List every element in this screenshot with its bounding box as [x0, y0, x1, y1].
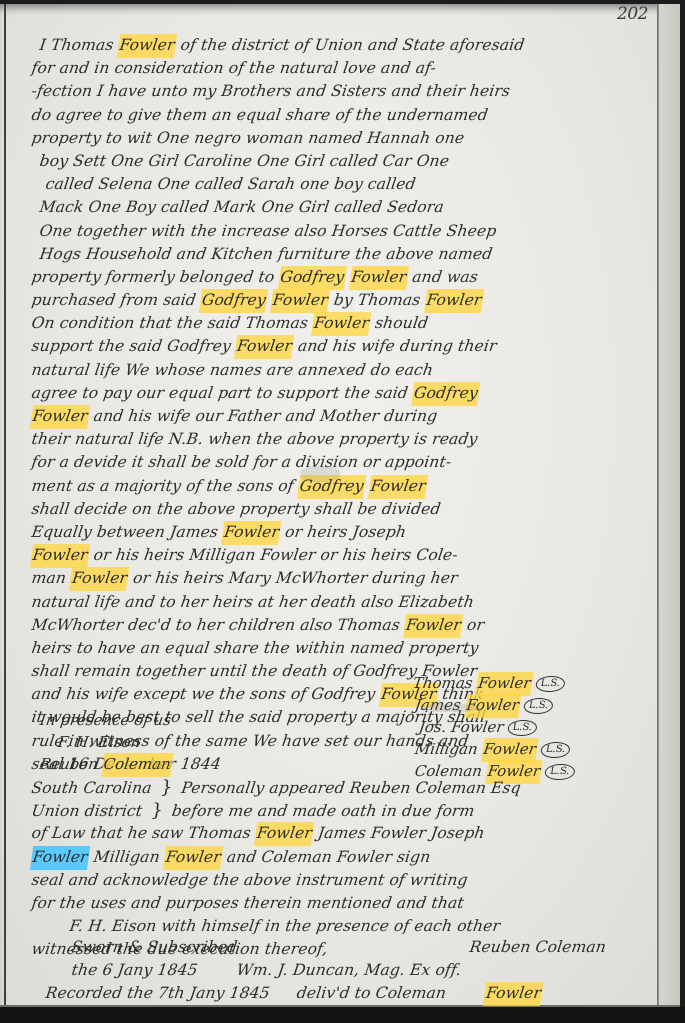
handwritten-text: I Thomas	[38, 36, 119, 54]
highlighted-surname[interactable]: Fowler	[403, 614, 463, 638]
page-number: 202	[617, 4, 648, 24]
sworn-date: the 6 Jany 1845	[70, 961, 198, 979]
handwritten-text: F. H. Eison	[57, 733, 142, 751]
handwritten-text: Reuben	[39, 755, 104, 773]
affidavit-text-line: of Law that he saw Thomas Fowler James F…	[30, 822, 663, 845]
seal-mark-icon: L.S.	[523, 698, 555, 714]
handwritten-text: F. H. Eison with himself in the presence…	[68, 917, 501, 935]
scanner-bed-shadow	[0, 1007, 685, 1023]
deed-text-line: their natural life N.B. when the above p…	[30, 428, 663, 451]
affidavit-text-line: Fowler Milligan Fowler and Coleman Fowle…	[30, 846, 663, 869]
deed-text-line: heirs to have an equal share the within …	[30, 637, 663, 660]
deed-text-line: Fowler and his wife our Father and Mothe…	[30, 405, 663, 428]
deed-text-line: shall decide on the above property shall…	[30, 498, 663, 521]
handwritten-text: man	[30, 569, 72, 587]
handwritten-text: or heirs Joseph	[279, 523, 407, 541]
handwritten-text: purchased from said	[30, 291, 202, 309]
highlighted-surname[interactable]: Fowler	[69, 567, 129, 591]
ink-bleed-mark	[300, 466, 340, 482]
signatories-block: Thomas FowlerL.S.James FowlerL.S.Jos. Fo…	[385, 672, 655, 782]
witness-block: In presence of us F. H. EisonReuben Cole…	[40, 709, 280, 775]
handwritten-text: On condition that the said Thomas	[30, 314, 314, 332]
affidavit-text-line: Union district } before me and made oath…	[30, 799, 663, 822]
handwritten-text: or	[461, 616, 486, 634]
sworn-date-line: the 6 Jany 1845 Wm. J. Duncan, Mag. Ex o…	[30, 959, 663, 982]
deed-text-line: support the said Godfrey Fowler and his …	[30, 335, 663, 358]
deed-text-line: for and in consideration of the natural …	[30, 57, 663, 80]
handwritten-text: Hogs Household and Kitchen furniture the…	[38, 245, 493, 263]
handwritten-text: by Thomas	[328, 291, 427, 309]
handwritten-text: and Coleman Fowler sign	[221, 848, 432, 866]
handwritten-text: seal and acknowledge the above instrumen…	[30, 871, 469, 889]
handwritten-text: should	[369, 314, 430, 332]
highlighted-surname[interactable]: Fowler	[368, 475, 428, 499]
handwritten-text: Milligan	[87, 848, 166, 866]
highlighted-surname[interactable]: Fowler	[30, 405, 90, 429]
handwritten-text: agree to pay our equal part to support t…	[30, 384, 414, 402]
signatory-first-name: Jos.	[418, 718, 448, 736]
handwritten-text: before me and made oath in due form	[166, 802, 476, 820]
sworn-line: Sworn & Subscribed Reuben Coleman	[30, 936, 663, 959]
highlighted-surname[interactable]: Fowler	[481, 738, 539, 762]
highlighted-surname[interactable]: Fowler	[234, 335, 294, 359]
deed-text-line: Equally between James Fowler or heirs Jo…	[30, 521, 663, 544]
handwritten-text: natural life We whose names are annexed …	[30, 361, 434, 379]
handwritten-text: and was	[406, 268, 479, 286]
deed-text-line: ment as a majority of the sons of Godfre…	[30, 475, 663, 498]
handwritten-text: -fection I have unto my Brothers and Sis…	[30, 82, 511, 100]
deed-text-line: boy Sett One Girl Caroline One Girl call…	[30, 150, 663, 173]
handwritten-text: their natural life N.B. when the above p…	[30, 430, 478, 448]
witness-heading: In presence of us	[38, 709, 281, 731]
affidavit-text-line: F. H. Eison with himself in the presence…	[30, 915, 663, 938]
highlighted-surname[interactable]: Fowler	[476, 672, 534, 696]
handwritten-text: or his heirs Mary McWhorter during her	[127, 569, 459, 587]
delivered-text: deliv'd to Coleman	[296, 984, 448, 1002]
deed-text-line: I Thomas Fowler of the district of Union…	[30, 34, 663, 57]
brace-mark: }	[150, 800, 165, 821]
handwritten-text: ment as a majority of the sons of	[30, 477, 300, 495]
highlighted-surname[interactable]: Fowler	[30, 544, 90, 568]
handwritten-text: James Fowler Joseph	[312, 824, 486, 842]
handwritten-text: or his heirs Milligan Fowler or his heir…	[87, 546, 459, 564]
signatory-surname: Fowler	[450, 718, 505, 736]
handwritten-text: property to wit One negro woman named Ha…	[30, 129, 465, 147]
deed-text-line: property to wit One negro woman named Ha…	[30, 127, 663, 150]
highlighted-surname[interactable]: Fowler	[117, 34, 177, 58]
handwritten-text: do agree to give them an equal share of …	[30, 106, 489, 124]
handwritten-text: Personally appeared Reuben Coleman Esq	[175, 779, 522, 797]
deed-page: 202 I Thomas Fowler of the district of U…	[0, 4, 680, 1007]
witness-name: F. H. Eison	[38, 731, 281, 753]
deed-body-text: I Thomas Fowler of the district of Union…	[30, 34, 660, 776]
signatory-line: Thomas FowlerL.S.	[383, 672, 656, 694]
seal-mark-icon: L.S.	[540, 742, 572, 758]
deed-text-line: natural life and to her heirs at her dea…	[30, 591, 663, 614]
deed-text-line: Hogs Household and Kitchen furniture the…	[30, 243, 663, 266]
deed-text-line: do agree to give them an equal share of …	[30, 104, 663, 127]
ink-bleed-mark	[420, 704, 480, 712]
deed-text-line: for a devide it shall be sold for a divi…	[30, 451, 663, 474]
deed-text-line: One together with the increase also Hors…	[30, 220, 663, 243]
seal-mark-icon: L.S.	[534, 676, 566, 692]
brace-mark: }	[159, 777, 174, 798]
highlighted-surname[interactable]: Fowler	[221, 521, 281, 545]
handwritten-text: heirs to have an equal share the within …	[30, 639, 479, 657]
handwritten-text: of the district of Union and State afore…	[174, 36, 525, 54]
deed-text-line: McWhorter dec'd to her children also Tho…	[30, 614, 663, 637]
recorded-line: Recorded the 7th Jany 1845 deliv'd to Co…	[30, 982, 663, 1005]
witness-name: Reuben Coleman	[38, 753, 281, 775]
deed-text-line: agree to pay our equal part to support t…	[30, 382, 663, 405]
highlighted-surname[interactable]: Godfrey	[278, 266, 347, 290]
affidavit-text-line: for the uses and purposes therein mentio…	[30, 892, 663, 915]
deed-text-line: Fowler or his heirs Milligan Fowler or h…	[30, 544, 663, 567]
signatory-line: Milligan FowlerL.S.	[383, 738, 656, 760]
selected-highlight-surname[interactable]: Fowler	[30, 846, 90, 870]
recorded-label: Recorded the 7th Jany 1845	[44, 984, 271, 1002]
handwritten-text: of Law that he saw Thomas	[30, 824, 257, 842]
deed-text-line: man Fowler or his heirs Mary McWhorter d…	[30, 567, 663, 590]
deed-text-line: Mack One Boy called Mark One Girl called…	[30, 196, 663, 219]
highlighted-surname[interactable]: Fowler	[424, 289, 484, 313]
deed-text-line: purchased from said Godfrey Fowler by Th…	[30, 289, 663, 312]
sworn-label: Sworn & Subscribed	[70, 938, 238, 956]
handwritten-text: natural life and to her heirs at her dea…	[30, 593, 475, 611]
seal-mark-icon: L.S.	[506, 720, 538, 736]
deed-text-line: On condition that the said Thomas Fowler…	[30, 312, 663, 335]
deed-text-line: -fection I have unto my Brothers and Sis…	[30, 80, 663, 103]
handwritten-text: Mack One Boy called Mark One Girl called…	[38, 198, 445, 216]
highlighted-surname[interactable]: Fowler	[270, 289, 330, 313]
handwritten-text: boy Sett One Girl Caroline One Girl call…	[38, 152, 450, 170]
handwritten-text: for the uses and purposes therein mentio…	[30, 894, 465, 912]
signatory-line: Jos. FowlerL.S.	[383, 716, 656, 738]
handwritten-text: Union district	[30, 802, 148, 820]
closing-block: Sworn & Subscribed Reuben Coleman the 6 …	[30, 936, 660, 1006]
handwritten-text: for a devide it shall be sold for a divi…	[30, 453, 452, 471]
highlighted-surname[interactable]: Fowler	[254, 822, 314, 846]
handwritten-text: McWhorter dec'd to her children also Tho…	[30, 616, 406, 634]
highlighted-surname[interactable]: Godfrey	[199, 289, 268, 313]
highlighted-surname[interactable]: Fowler	[163, 846, 223, 870]
binding-margin-line	[4, 4, 6, 1005]
highlighted-surname[interactable]: Coleman	[101, 753, 173, 777]
affidavit-text-line: South Carolina } Personally appeared Reu…	[30, 776, 663, 799]
handwritten-text: property formerly belonged to	[30, 268, 280, 286]
signatory-first-name: Thomas	[412, 674, 474, 692]
handwritten-text: shall decide on the above property shall…	[30, 500, 441, 518]
handwritten-text: and his wife our Father and Mother durin…	[87, 407, 438, 425]
handwritten-text: support the said Godfrey	[30, 337, 237, 355]
scanned-document-viewer: 202 I Thomas Fowler of the district of U…	[0, 0, 685, 1023]
handwritten-text: called Selena One called Sarah one boy c…	[44, 175, 417, 193]
highlighted-surname[interactable]: Fowler	[311, 312, 371, 336]
signatory-first-name: Milligan	[414, 740, 479, 758]
affidavit-text: South Carolina } Personally appeared Reu…	[30, 776, 660, 962]
deed-text-line: called Selena One called Sarah one boy c…	[30, 173, 663, 196]
handwritten-text: and his wife except we the sons of Godfr…	[30, 685, 381, 703]
highlighted-surname[interactable]: Fowler	[483, 982, 543, 1006]
highlighted-surname[interactable]: Godfrey	[411, 382, 480, 406]
handwritten-text: South Carolina	[30, 779, 158, 797]
handwritten-text: Equally between James	[30, 523, 224, 541]
affiant-signature: Reuben Coleman	[468, 936, 608, 959]
handwritten-text: One together with the increase also Hors…	[38, 222, 497, 240]
highlighted-surname[interactable]: Fowler	[348, 266, 408, 290]
deed-text-line: property formerly belonged to Godfrey Fo…	[30, 266, 663, 289]
affidavit-text-line: seal and acknowledge the above instrumen…	[30, 869, 663, 892]
magistrate-signature: Wm. J. Duncan, Mag. Ex off.	[235, 961, 462, 979]
deed-text-line: natural life We whose names are annexed …	[30, 359, 663, 382]
handwritten-text: for and in consideration of the natural …	[30, 59, 437, 77]
handwritten-text: and his wife during their	[292, 337, 498, 355]
